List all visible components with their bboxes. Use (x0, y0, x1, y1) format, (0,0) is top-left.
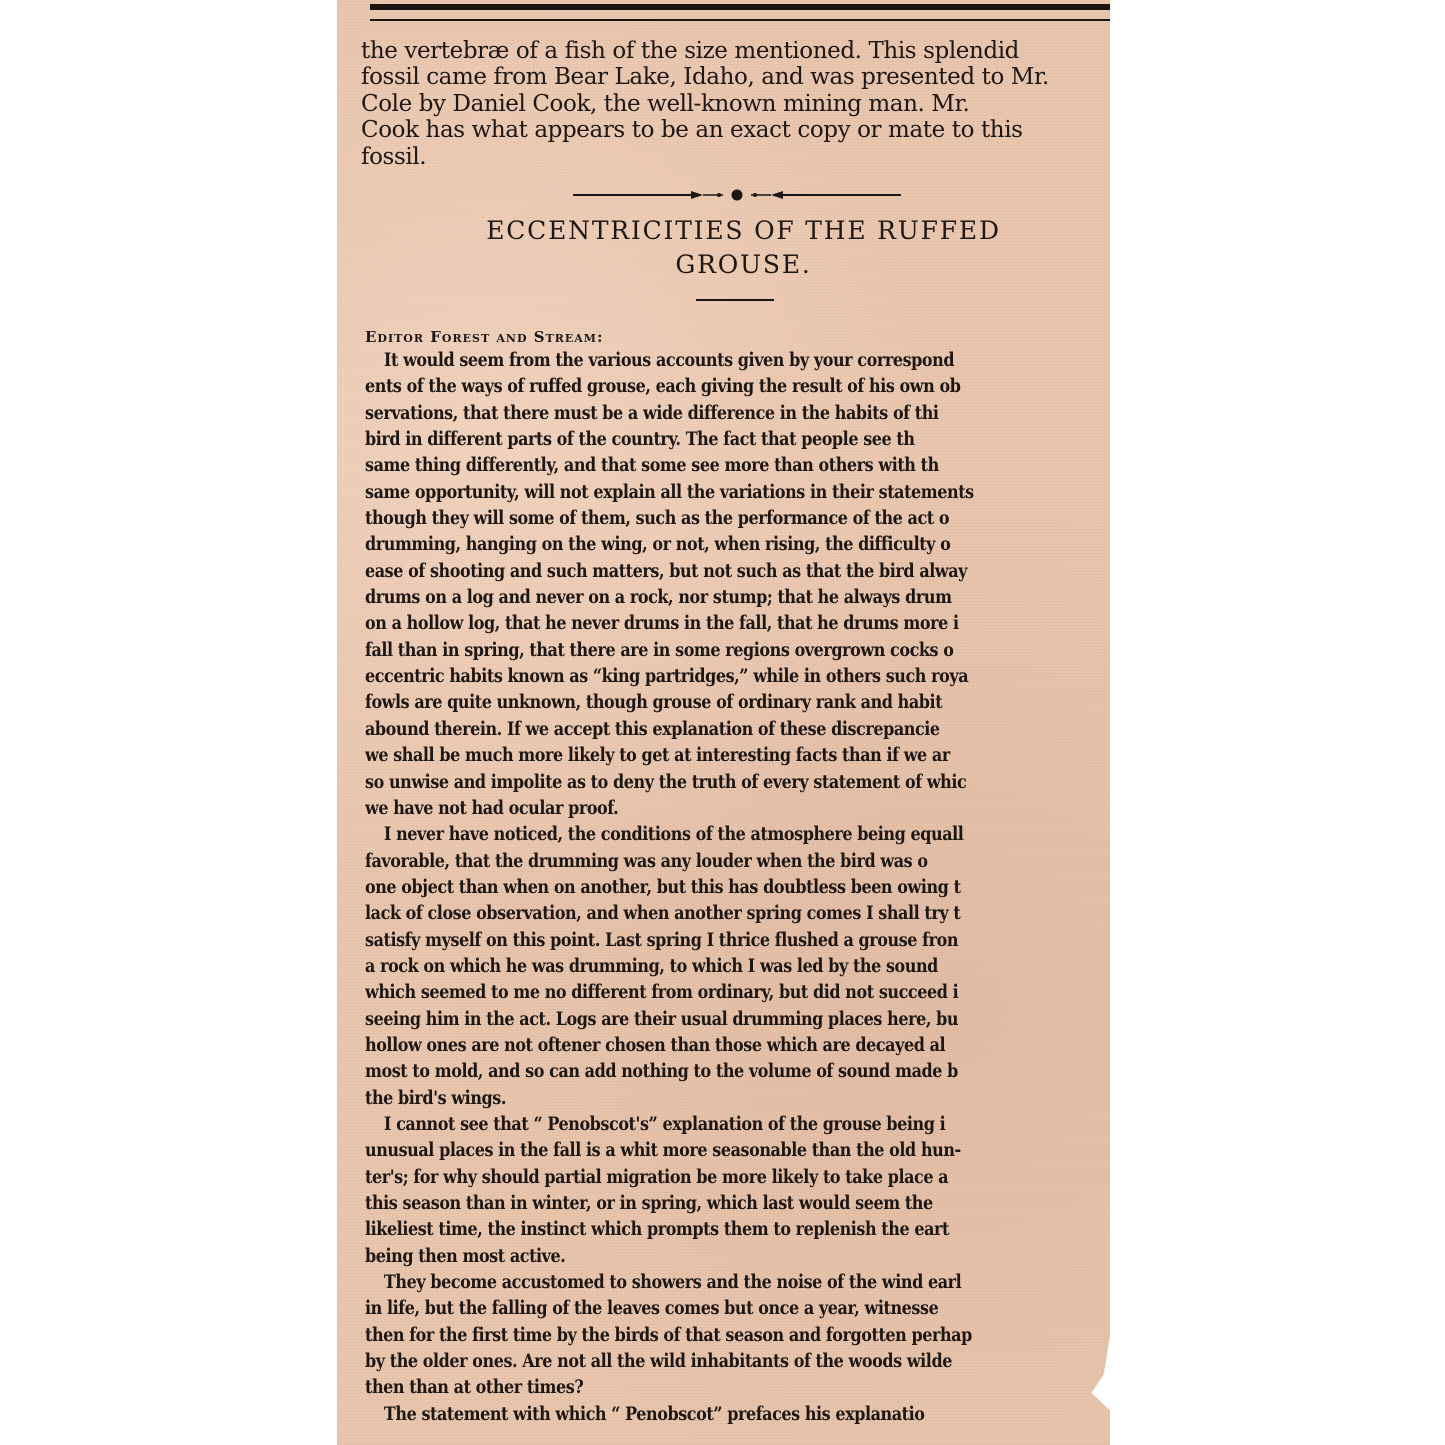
body-line: unusual places in the fall is a whit mor… (365, 1138, 1139, 1164)
body-line: seeing him in the act. Logs are their us… (365, 1007, 1139, 1033)
body-line: bird in different parts of the country. … (365, 427, 1139, 453)
body-line: same thing differently, and that some se… (365, 453, 1139, 479)
article-body: It would seem from the various accounts … (365, 348, 1139, 1428)
ornamental-divider-icon (573, 186, 901, 204)
body-line: most to mold, and so can add nothing to … (365, 1059, 1139, 1085)
body-line: by the older ones. Are not all the wild … (365, 1349, 1139, 1375)
body-line: They become accustomed to showers and th… (365, 1270, 1139, 1296)
headline-line-1: ECCENTRICITIES OF THE RUFFED (377, 214, 1110, 248)
body-line: then for the first time by the birds of … (365, 1323, 1139, 1349)
top-thin-rule (370, 19, 1110, 21)
body-line: a rock on which he was drumming, to whic… (365, 954, 1139, 980)
body-line: same opportunity, will not explain all t… (365, 480, 1139, 506)
body-line: favorable, that the drumming was any lou… (365, 849, 1139, 875)
body-line: hollow ones are not oftener chosen than … (365, 1033, 1139, 1059)
body-line: so unwise and impolite as to deny the tr… (365, 770, 1139, 796)
headline-rule (696, 299, 774, 301)
body-line: in life, but the falling of the leaves c… (365, 1296, 1139, 1322)
body-line: I cannot see that “ Penobscot's” explana… (365, 1112, 1139, 1138)
body-line: ter's; for why should partial migration … (365, 1165, 1139, 1191)
body-line: satisfy myself on this point. Last sprin… (365, 928, 1139, 954)
intro-line: Cook has what appears to be an exact cop… (361, 117, 1110, 143)
intro-line: Cole by Daniel Cook, the well-known mini… (361, 91, 1110, 117)
body-line: we have not had ocular proof. (365, 796, 1139, 822)
body-line: drumming, hanging on the wing, or not, w… (365, 532, 1139, 558)
body-line: then than at other times? (365, 1375, 1139, 1401)
body-line: though they will some of them, such as t… (365, 506, 1139, 532)
body-line: abound therein. If we accept this explan… (365, 717, 1139, 743)
body-line: being then most active. (365, 1244, 1139, 1270)
body-line: which seemed to me no different from ord… (365, 980, 1139, 1006)
intro-line: fossil came from Bear Lake, Idaho, and w… (361, 64, 1110, 90)
body-line: likeliest time, the instinct which promp… (365, 1217, 1139, 1243)
body-line: ease of shooting and such matters, but n… (365, 559, 1139, 585)
previous-article-ending: the vertebræ of a fish of the size menti… (361, 38, 1110, 170)
body-line: we shall be much more likely to get at i… (365, 743, 1139, 769)
body-line: eccentric habits known as “king partridg… (365, 664, 1139, 690)
body-line: servations, that there must be a wide di… (365, 401, 1139, 427)
body-line: lack of close observation, and when anot… (365, 901, 1139, 927)
salutation: Editor Forest and Stream: (365, 328, 604, 346)
body-line: The statement with which “ Penobscot” pr… (365, 1402, 1139, 1428)
newspaper-clipping: the vertebræ of a fish of the size menti… (337, 0, 1110, 1445)
body-line: drums on a log and never on a rock, nor … (365, 585, 1139, 611)
top-thick-rule (370, 4, 1110, 10)
intro-line: fossil. (361, 144, 1110, 170)
body-line: It would seem from the various accounts … (365, 348, 1139, 374)
body-line: ents of the ways of ruffed grouse, each … (365, 374, 1139, 400)
headline-line-2: GROUSE. (377, 248, 1110, 282)
body-line: I never have noticed, the conditions of … (365, 822, 1139, 848)
body-line: one object than when on another, but thi… (365, 875, 1139, 901)
body-line: fall than in spring, that there are in s… (365, 638, 1139, 664)
intro-line: the vertebræ of a fish of the size menti… (361, 38, 1110, 64)
body-line: on a hollow log, that he never drums in … (365, 611, 1139, 637)
article-headline: ECCENTRICITIES OF THE RUFFED GROUSE. (337, 214, 1110, 282)
body-line: fowls are quite unknown, though grouse o… (365, 690, 1139, 716)
body-line: this season than in winter, or in spring… (365, 1191, 1139, 1217)
body-line: the bird's wings. (365, 1086, 1139, 1112)
